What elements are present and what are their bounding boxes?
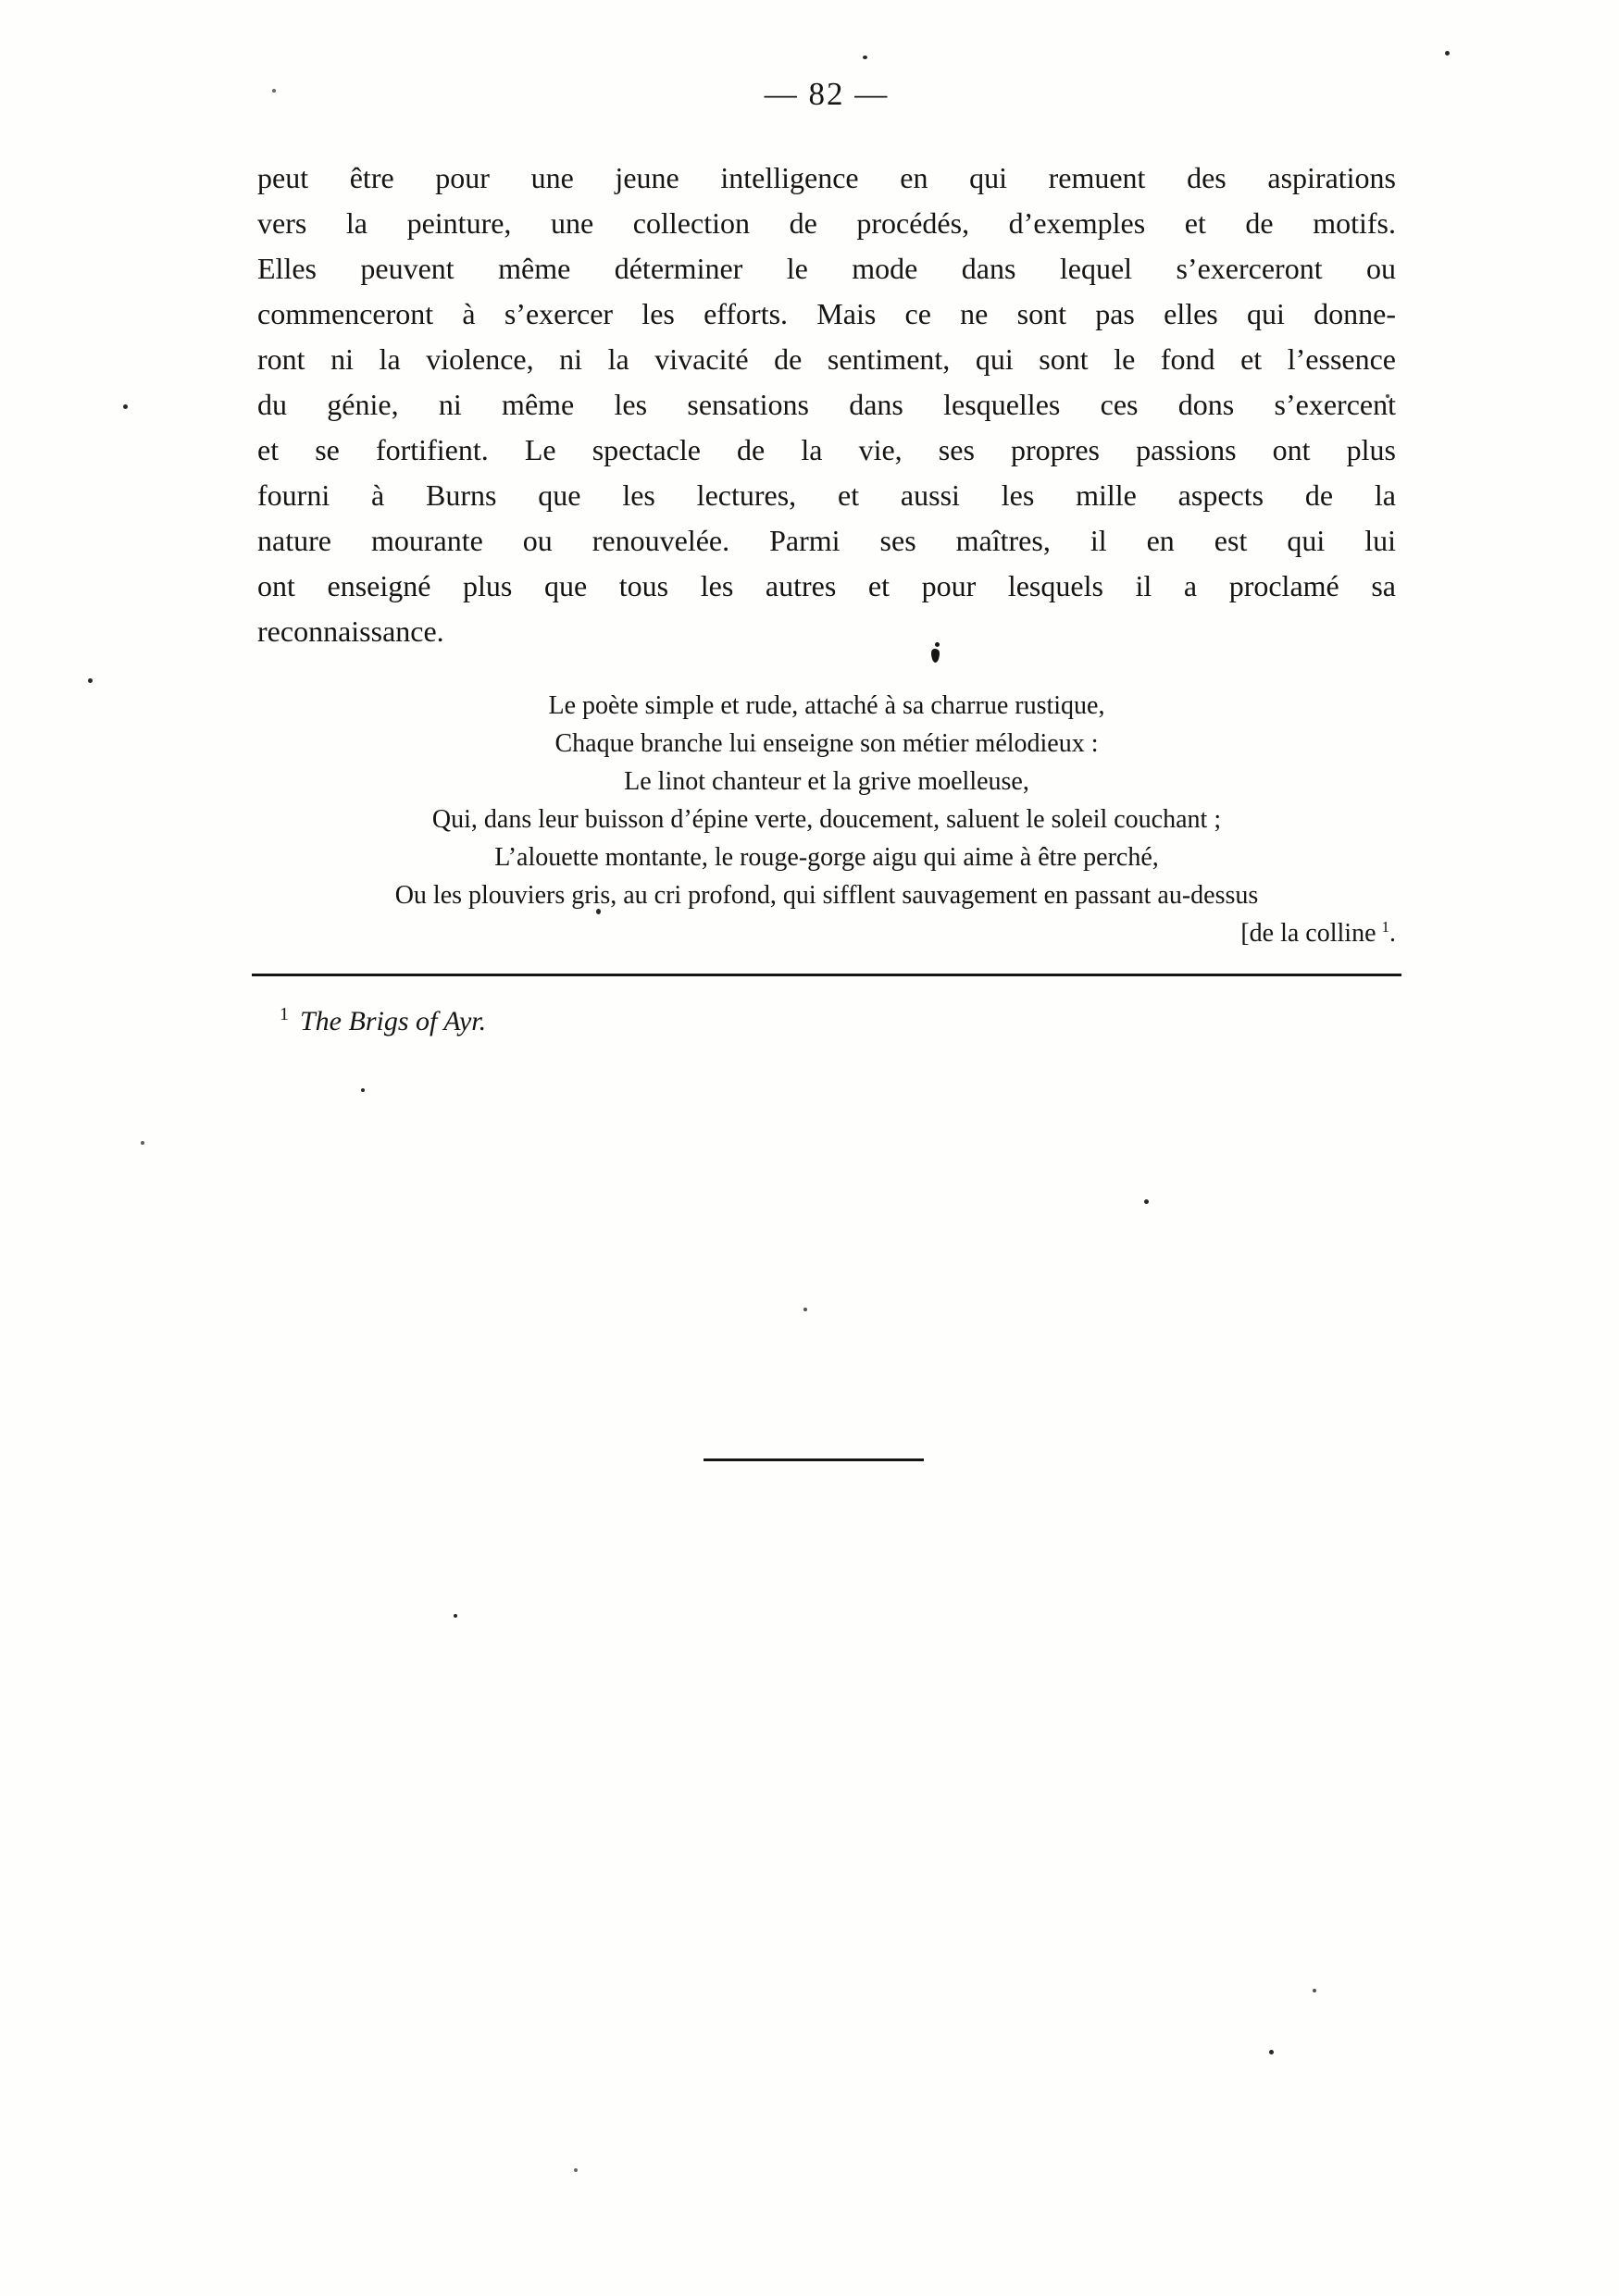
paragraph-line: ront ni la violence, ni la vivacité de s…: [257, 337, 1396, 382]
verse-overflow-line: [de la colline1.: [257, 914, 1396, 952]
ink-blot-ornament: [935, 642, 940, 647]
verse-overflow-text: [de la colline: [1240, 919, 1376, 948]
ink-speck: [454, 1614, 457, 1618]
ink-speck: [361, 1088, 365, 1092]
ink-speck: [141, 1141, 144, 1145]
ink-speck: [1313, 1989, 1316, 1992]
ink-speck: [803, 1308, 807, 1311]
verse-line: Le linot chanteur et la grive moelleuse,: [257, 763, 1396, 800]
paragraph-line: commenceront à s’exercer les efforts. Ma…: [257, 292, 1396, 337]
ink-speck: [574, 2168, 578, 2172]
ink-speck: [596, 909, 601, 914]
ink-speck: [863, 56, 867, 59]
ink-speck: [1269, 2050, 1274, 2054]
verse-block: Le poète simple et rude, attaché à sa ch…: [257, 687, 1396, 952]
section-end-rule: [704, 1458, 924, 1461]
footnote-reference-mark: 1: [1382, 918, 1390, 936]
paragraph-line: reconnaissance.: [257, 609, 1396, 654]
footnote-ref: 1: [280, 1004, 289, 1024]
ink-speck: [272, 89, 276, 93]
paragraph-line: vers la peinture, une collection de proc…: [257, 201, 1396, 246]
ink-blot-ornament: [931, 649, 940, 663]
verse-line: Ou les plouviers gris, au cri profond, q…: [257, 876, 1396, 914]
ink-speck: [1144, 1199, 1149, 1204]
paragraph: peut être pour une jeune intelligence en…: [257, 155, 1396, 654]
verse-line: Chaque branche lui enseigne son métier m…: [257, 725, 1396, 763]
ink-speck: [1445, 51, 1450, 56]
paragraph-line: nature mourante ou renouvelée. Parmi ses…: [257, 518, 1396, 564]
ink-speck: [123, 404, 128, 409]
paragraph-line: Elles peuvent même déterminer le mode da…: [257, 246, 1396, 292]
verse-line: Le poète simple et rude, attaché à sa ch…: [257, 687, 1396, 725]
paragraph-line: ont enseigné plus que tous les autres et…: [257, 564, 1396, 609]
footnote-text: The Brigs of Ayr.: [300, 1006, 486, 1036]
footnote-rule: [252, 974, 1401, 976]
footnote: 1The Brigs of Ayr.: [257, 1004, 1396, 1039]
paragraph-line: et se fortifient. Le spectacle de la vie…: [257, 428, 1396, 473]
paragraph-line: peut être pour une jeune intelligence en…: [257, 155, 1396, 201]
verse-line: L’alouette montante, le rouge-gorge aigu…: [257, 838, 1396, 876]
paragraph-line: du génie, ni même les sensations dans le…: [257, 382, 1396, 428]
verse-line: Qui, dans leur buisson d’épine verte, do…: [257, 800, 1396, 838]
book-page: — 82 — peut être pour une jeune intellig…: [0, 0, 1619, 2296]
ink-speck: [1386, 394, 1389, 398]
paragraph-line: fourni à Burns que les lectures, et auss…: [257, 473, 1396, 518]
ink-speck: [88, 678, 93, 683]
page-number: — 82 —: [257, 76, 1396, 113]
verse-overflow-period: .: [1389, 919, 1396, 948]
